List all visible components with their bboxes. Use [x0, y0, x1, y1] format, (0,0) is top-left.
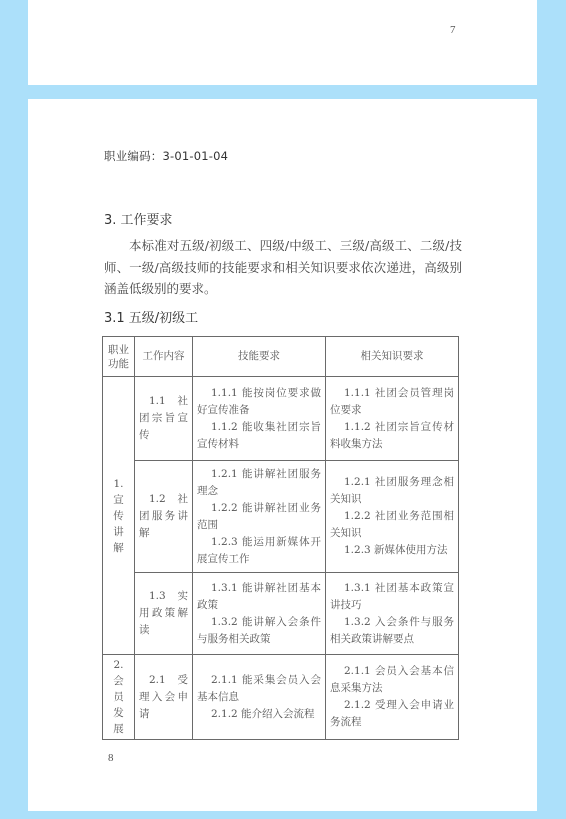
knowledge-item: 1.2.2 社团业务范围相关知识	[330, 508, 454, 542]
skills-cell: 2.1.1 能采集会员入会基本信息 2.1.2 能介绍入会流程	[193, 655, 326, 740]
knowledge-item: 1.3.2 入会条件与服务相关政策讲解要点	[330, 614, 454, 648]
knowledge-item: 1.1.2 社团宗旨宣传材料收集方法	[330, 419, 454, 453]
table-row: 1.3 实用政策解读 1.3.1 能讲解社团基本政策 1.3.2 能讲解入会条件…	[103, 573, 459, 655]
skill-item: 1.3.1 能讲解社团基本政策	[197, 580, 321, 614]
function-line: 讲	[107, 524, 130, 540]
function-line: 发	[107, 705, 130, 721]
table-row: 2. 会 员 发 展 2.1 受理入会申请 2.1.1 能采集会员入会基本信息 …	[103, 655, 459, 740]
skill-item: 1.2.3 能运用新媒体开展宣传工作	[197, 534, 321, 568]
knowledge-item: 1.1.1 社团会员管理岗位要求	[330, 385, 454, 419]
skill-item: 1.3.2 能讲解入会条件与服务相关政策	[197, 614, 321, 648]
requirements-table: 职业功能 工作内容 技能要求 相关知识要求 1. 宣 传 讲 解 1.1 社团宗…	[102, 336, 459, 740]
table-row: 1. 宣 传 讲 解 1.1 社团宗旨宣传 1.1.1 能按岗位要求做好宣传准备…	[103, 377, 459, 461]
function-line: 传	[107, 508, 130, 524]
skill-item: 1.1.1 能按岗位要求做好宣传准备	[197, 385, 321, 419]
previous-page: 7	[28, 0, 537, 85]
page-number: 7	[450, 24, 456, 36]
function-line: 解	[107, 540, 130, 556]
table-row: 1.2 社团服务讲解 1.2.1 能讲解社团服务理念 1.2.2 能讲解社团业务…	[103, 461, 459, 573]
document-page: 职业编码：3-01-01-04 3. 工作要求 本标准对五级/初级工、四级/中级…	[28, 99, 537, 811]
skill-item: 2.1.2 能介绍入会流程	[197, 706, 321, 723]
knowledge-cell: 1.1.1 社团会员管理岗位要求 1.1.2 社团宗旨宣传材料收集方法	[326, 377, 459, 461]
knowledge-item: 2.1.2 受理入会申请业务流程	[330, 697, 454, 731]
skill-item: 1.2.2 能讲解社团业务范围	[197, 500, 321, 534]
knowledge-cell: 1.3.1 社团基本政策宣讲技巧 1.3.2 入会条件与服务相关政策讲解要点	[326, 573, 459, 655]
content-cell: 2.1 受理入会申请	[135, 655, 193, 740]
knowledge-item: 1.3.1 社团基本政策宣讲技巧	[330, 580, 454, 614]
knowledge-item: 1.2.1 社团服务理念相关知识	[330, 474, 454, 508]
content-cell: 1.3 实用政策解读	[135, 573, 193, 655]
header-skills: 技能要求	[193, 337, 326, 377]
occupation-code: 职业编码：3-01-01-04	[104, 148, 228, 164]
knowledge-item: 2.1.1 会员入会基本信息采集方法	[330, 663, 454, 697]
function-line: 展	[107, 721, 130, 737]
content-cell: 1.2 社团服务讲解	[135, 461, 193, 573]
skill-item: 1.2.1 能讲解社团服务理念	[197, 466, 321, 500]
content-cell: 1.1 社团宗旨宣传	[135, 377, 193, 461]
function-line: 2.	[107, 657, 130, 673]
header-content: 工作内容	[135, 337, 193, 377]
intro-paragraph: 本标准对五级/初级工、四级/中级工、三级/高级工、二级/技师、一级/高级技师的技…	[104, 235, 462, 300]
skills-cell: 1.1.1 能按岗位要求做好宣传准备 1.1.2 能收集社团宗旨宣传材料	[193, 377, 326, 461]
function-line: 会	[107, 673, 130, 689]
function-cell: 1. 宣 传 讲 解	[103, 377, 135, 655]
skills-cell: 1.3.1 能讲解社团基本政策 1.3.2 能讲解入会条件与服务相关政策	[193, 573, 326, 655]
table-header-row: 职业功能 工作内容 技能要求 相关知识要求	[103, 337, 459, 377]
skill-item: 1.1.2 能收集社团宗旨宣传材料	[197, 419, 321, 453]
skills-cell: 1.2.1 能讲解社团服务理念 1.2.2 能讲解社团业务范围 1.2.3 能运…	[193, 461, 326, 573]
function-line: 宣	[107, 492, 130, 508]
knowledge-cell: 1.2.1 社团服务理念相关知识 1.2.2 社团业务范围相关知识 1.2.3 …	[326, 461, 459, 573]
skill-item: 2.1.1 能采集会员入会基本信息	[197, 672, 321, 706]
function-cell: 2. 会 员 发 展	[103, 655, 135, 740]
section-title: 3. 工作要求	[104, 209, 173, 228]
function-line: 员	[107, 689, 130, 705]
header-knowledge: 相关知识要求	[326, 337, 459, 377]
function-line: 1.	[107, 476, 130, 492]
subsection-title: 3.1 五级/初级工	[104, 307, 198, 326]
knowledge-cell: 2.1.1 会员入会基本信息采集方法 2.1.2 受理入会申请业务流程	[326, 655, 459, 740]
knowledge-item: 1.2.3 新媒体使用方法	[330, 542, 454, 559]
header-function: 职业功能	[103, 337, 135, 377]
page-number: 8	[108, 752, 114, 764]
